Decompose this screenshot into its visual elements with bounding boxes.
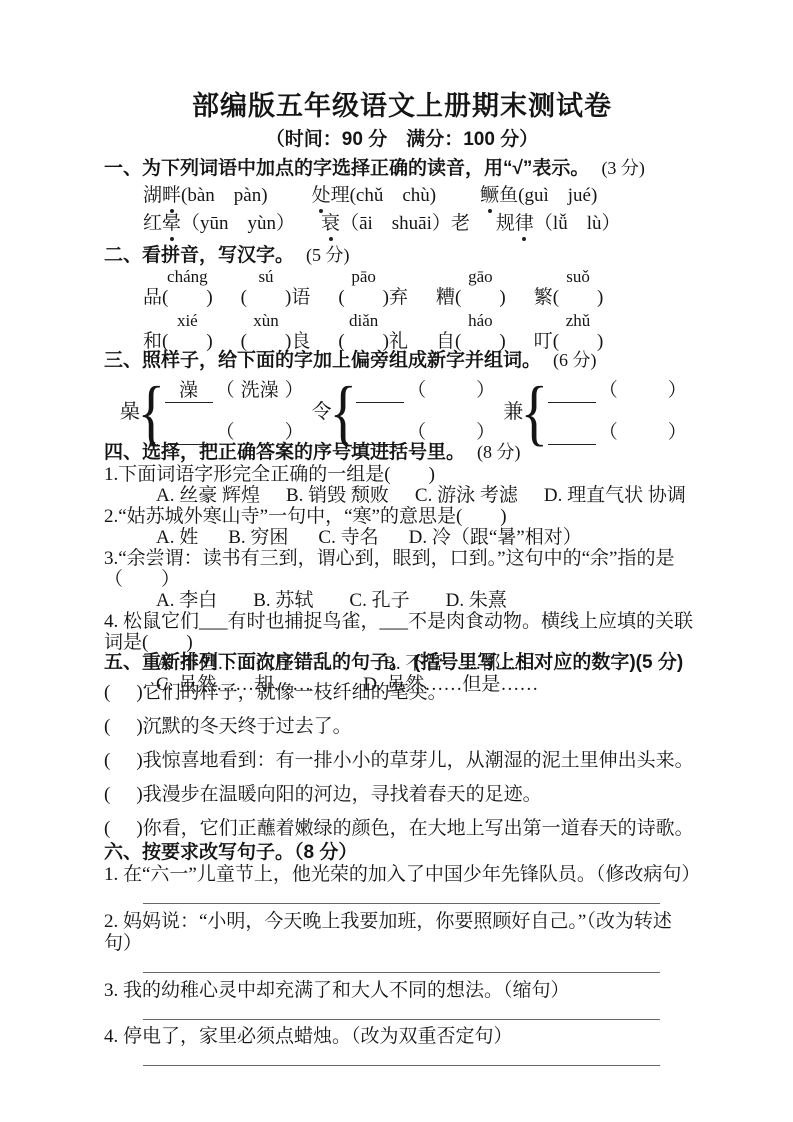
section-1-title: 一、为下列词语中加点的字选择正确的读音，用“√”表示。 — [104, 158, 589, 179]
option: A. 丝豪 辉煌 — [156, 485, 260, 506]
compose-row: （） — [356, 379, 495, 403]
section-1-score: (3 分) — [601, 158, 645, 178]
paren-open: （ — [599, 379, 618, 403]
compose-row: （） — [548, 379, 687, 403]
section-6-heading: 六、按要求改写句子。（8 分） — [104, 842, 700, 864]
section-6-title: 六、按要求改写句子。 — [104, 842, 294, 863]
answer-line — [143, 1065, 660, 1066]
option: D. 理直气状 协调 — [544, 485, 686, 506]
question-1: 1.下面词语字形完全正确的一组是( ) — [104, 464, 700, 485]
option: B. 苏轼 — [253, 590, 313, 611]
answer-blank-parens: () — [455, 286, 506, 310]
dotted-char: 晕 — [162, 211, 181, 237]
word-choice-item: 鳜鱼(guì jué) — [480, 183, 597, 209]
word-part: 规 — [496, 213, 515, 234]
pinyin-hint: háo — [455, 312, 506, 330]
option: D. 冷（跟“暑”相对） — [409, 527, 582, 548]
pinyin-choices: （lǚ lù） — [534, 213, 621, 234]
paren-open: ( — [338, 287, 344, 308]
section-2-title: 二、看拼音，写汉字。 — [104, 245, 294, 266]
pinyin-hint: zhǔ — [553, 312, 604, 330]
radical-group: 兼 { （） （） — [503, 377, 687, 447]
pinyin-write-item: gāo糟() — [436, 268, 506, 310]
section-3-groups: 喿 { 澡（洗澡） （） 令 { （） （） 兼 — [120, 377, 700, 447]
paren-open: ( — [104, 818, 110, 839]
sentence: 沉默的冬天终于过去了。 — [143, 716, 352, 737]
pinyin-hint: xié — [162, 312, 213, 330]
section-2-row-1: cháng品() sú()语 pāo()弃 gāo糟() suǒ繁() — [143, 268, 700, 310]
word-choice-item: 处理(chǔ chù) — [312, 183, 437, 209]
section-1: 一、为下列词语中加点的字选择正确的读音，用“√”表示。(3 分) 湖畔(bàn … — [104, 156, 700, 237]
answer-blank-parens: () — [338, 286, 389, 310]
section-3-title: 三、照样子，给下面的字加上偏旁组成新字并组词。 — [104, 350, 541, 371]
pinyin-hint: cháng — [162, 268, 213, 286]
brace-bracket-icon: { — [137, 376, 165, 447]
section-3: 三、照样子，给下面的字加上偏旁组成新字并组词。(6 分) 喿 { 澡（洗澡） （… — [104, 348, 700, 447]
word-choice-item: 规律（lǚ lù） — [496, 211, 621, 237]
sentence: 你看，它们正蘸着嫩绿的颜色，在大地上写出第一道春天的诗歌。 — [143, 818, 694, 839]
reorder-item: ()沉默的冬天终于过去了。 — [104, 716, 700, 738]
given-char: 繁 — [534, 286, 553, 310]
option: C. 孔子 — [349, 590, 409, 611]
answer-underline — [548, 402, 596, 403]
option: D. 朱熹 — [446, 590, 507, 611]
option: A. 姓 — [156, 527, 198, 548]
answer-blank-parens: () — [162, 286, 213, 310]
word-choice-item: 湖畔(bàn pàn) — [143, 183, 268, 209]
section-5-title: 五、重新排列下面次序错乱的句子。 — [104, 652, 408, 673]
pinyin-write-item: pāo()弃 — [338, 268, 408, 310]
pinyin-hint: suǒ — [553, 268, 604, 286]
paren-open: ( — [455, 287, 461, 308]
pinyin-write-item: suǒ繁() — [534, 268, 604, 310]
compose-row: 澡（洗澡） — [165, 379, 304, 403]
section-1-row-2: 红晕（yūn yùn） 衰（āi shuāi）老 规律（lǚ lù） — [143, 211, 700, 237]
option: C. 游泳 考滤 — [415, 485, 518, 506]
section-2: 二、看拼音，写汉字。(5 分) cháng品() sú()语 pāo()弃 gā… — [104, 243, 700, 354]
section-4-heading: 四、选择，把正确答案的序号填进括号里。(8 分) — [104, 441, 700, 464]
radical-group: 令 { （） （） — [312, 377, 496, 447]
section-5-note: (括号里写上相对应的数字)(5 分) — [414, 652, 683, 673]
answer-blank-parens: () — [241, 286, 292, 310]
given-char: 品 — [143, 286, 162, 310]
pinyin-hint: diǎn — [338, 312, 389, 330]
page-subtitle: （时间：90 分 满分：100 分） — [104, 128, 700, 152]
reorder-item: ()我漫步在温暖向阳的河边，寻找着春天的足迹。 — [104, 784, 700, 806]
paren-open: ( — [104, 750, 110, 771]
section-5: 五、重新排列下面次序错乱的句子。(括号里写上相对应的数字)(5 分) ()它们的… — [104, 652, 700, 840]
paren-close: ） — [668, 379, 687, 403]
word-choice-item: 红晕（yūn yùn） — [143, 211, 295, 237]
paren-open: （ — [216, 379, 235, 403]
pinyin-hint: sú — [241, 268, 292, 286]
pinyin-choices: 理(chǔ chù) — [331, 185, 437, 206]
question-2: 2.“姑苏城外寒山寺”一句中，“寒”的意思是( ) — [104, 506, 700, 527]
pinyin-choices: （yūn yùn） — [181, 213, 295, 234]
paren-open: ( — [104, 716, 110, 737]
pinyin-hint: xùn — [241, 312, 292, 330]
word-blank: 洗澡 — [235, 379, 285, 403]
word-part: 湖 — [143, 185, 162, 206]
sentence: 我惊喜地看到：有一排小小的草芽儿，从潮湿的泥土里伸出头来。 — [143, 750, 694, 771]
reorder-item: ()我惊喜地看到：有一排小小的草芽儿，从潮湿的泥土里伸出头来。 — [104, 750, 700, 772]
option: B. 穷困 — [228, 527, 288, 548]
page-title: 部编版五年级语文上册期末测试卷 — [104, 88, 700, 124]
rewrite-item: 4. 停电了，家里必须点蜡烛。（改为双重否定句） — [104, 1026, 700, 1048]
brace-bracket-icon: { — [521, 376, 549, 447]
question-4: 4. 松鼠它们___有时也捕捉鸟雀，___不是肉食动物。横线上应填的关联词是( … — [104, 611, 700, 653]
sentence: 它们的样子，就像一枝纤细的笔尖。 — [143, 682, 447, 703]
rewrite-item: 3. 我的幼稚心灵中却充满了和大人不同的想法。（缩句） — [104, 980, 700, 1002]
question-3-options: A. 李白 B. 苏轼 C. 孔子 D. 朱熹 — [156, 590, 700, 611]
dotted-char: 畔 — [162, 183, 181, 209]
section-3-score: (6 分) — [553, 350, 597, 370]
answer-line — [143, 1019, 660, 1020]
section-3-heading: 三、照样子，给下面的字加上偏旁组成新字并组词。(6 分) — [104, 348, 700, 373]
test-paper-page: 部编版五年级语文上册期末测试卷 （时间：90 分 满分：100 分） 一、为下列… — [0, 0, 793, 1122]
section-1-row-1: 湖畔(bàn pàn) 处理(chǔ chù) 鳜鱼(guì jué) — [143, 183, 700, 209]
option: B. 销毁 颓败 — [286, 485, 389, 506]
answer-blank-parens: () — [553, 286, 604, 310]
paren-close: ) — [206, 287, 212, 308]
paren-close: ） — [476, 379, 495, 403]
pinyin-hint: gāo — [455, 268, 506, 286]
rewrite-item: 2. 妈妈说：“小明，今天晚上我要加班，你要照顾好自己。”（改为转述句） — [104, 911, 700, 955]
radical-group: 喿 { 澡（洗澡） （） — [120, 377, 304, 447]
sentence: 我漫步在温暖向阳的河边，寻找着春天的足迹。 — [143, 784, 542, 805]
given-char: 糟 — [436, 286, 455, 310]
paren-open: ( — [104, 784, 110, 805]
question-3: 3.“余尝谓：读书有三到，谓心到，眼到，口到。”这句中的“余”指的是（ ） — [104, 548, 700, 590]
pinyin-hint: pāo — [338, 268, 389, 286]
paren-close: ) — [597, 287, 603, 308]
paren-open: ( — [241, 287, 247, 308]
pinyin-choices: （āi shuāi）老 — [340, 213, 470, 234]
word-part: 红 — [143, 213, 162, 234]
pinyin-choices: 鱼(guì jué) — [499, 185, 597, 206]
option: C. 寺名 — [318, 527, 378, 548]
section-5-heading: 五、重新排列下面次序错乱的句子。(括号里写上相对应的数字)(5 分) — [104, 652, 700, 674]
paren-open: （ — [407, 379, 426, 403]
dotted-char: 衰 — [321, 211, 340, 237]
dotted-char: 鳜 — [480, 183, 499, 209]
paren-close: ) — [499, 287, 505, 308]
section-6-score: （8 分） — [294, 842, 357, 863]
given-char: 语 — [291, 286, 310, 310]
dotted-char: 律 — [515, 211, 534, 237]
reorder-item: ()它们的样子，就像一枝纤细的笔尖。 — [104, 682, 700, 704]
given-char: 弃 — [389, 286, 408, 310]
answer-underline: 澡 — [165, 380, 213, 403]
rewrite-item: 1. 在“六一”儿童节上，他光荣的加入了中国少年先锋队员。（修改病句） — [104, 864, 700, 886]
brace-bracket-icon: { — [329, 376, 357, 447]
section-2-heading: 二、看拼音，写汉字。(5 分) — [104, 243, 700, 268]
paren-close: ） — [285, 379, 304, 403]
section-4-title: 四、选择，把正确答案的序号填进括号里。 — [104, 442, 465, 463]
paren-open: ( — [104, 682, 110, 703]
option: A. 李白 — [156, 590, 217, 611]
reorder-item: ()你看，它们正蘸着嫩绿的颜色，在大地上写出第一道春天的诗歌。 — [104, 818, 700, 840]
section-4-score: (8 分) — [477, 442, 521, 462]
answer-line — [143, 972, 660, 973]
pinyin-choices: (bàn pàn) — [181, 185, 268, 206]
pinyin-write-item: sú()语 — [241, 268, 311, 310]
question-1-options: A. 丝豪 辉煌 B. 销毁 颓败 C. 游泳 考滤 D. 理直气状 协调 — [156, 485, 700, 506]
question-2-options: A. 姓 B. 穷困 C. 寺名 D. 冷（跟“暑”相对） — [156, 527, 700, 548]
answer-underline — [356, 402, 404, 403]
paren-open: ( — [162, 287, 168, 308]
answer-line — [143, 903, 660, 904]
word-choice-item: 衰（āi shuāi）老 — [321, 211, 470, 237]
section-2-score: (5 分) — [306, 245, 350, 265]
dotted-char: 处 — [312, 183, 331, 209]
pinyin-write-item: cháng品() — [143, 268, 213, 310]
section-6: 六、按要求改写句子。（8 分） 1. 在“六一”儿童节上，他光荣的加入了中国少年… — [104, 842, 700, 1066]
section-1-heading: 一、为下列词语中加点的字选择正确的读音，用“√”表示。(3 分) — [104, 156, 700, 181]
paren-open: ( — [553, 287, 559, 308]
